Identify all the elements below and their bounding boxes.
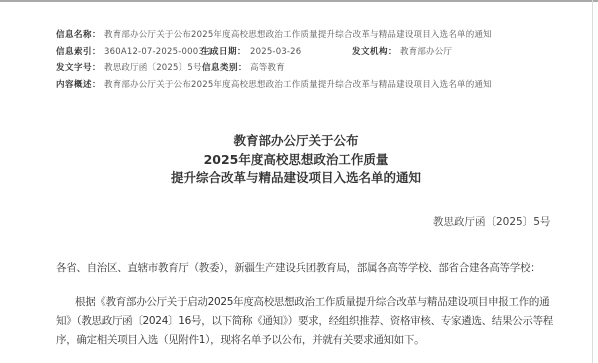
title-line-3: 提升综合改革与精品建设项目入选名单的通知 [0,169,592,188]
index-no-label: 信息索引： [56,46,101,58]
meta-row-index: 信息索引： 360A12-07-2025-0003-1 生成日期： 2025-0… [56,46,556,63]
document-metadata-table: 信息名称： 教育部办公厅关于公布2025年度高校思想政治工作质量提升综合改革与精… [56,29,556,95]
summary-value: 教育部办公厅关于公布2025年度高校思想政治工作质量提升综合改革与精品建设项目入… [104,79,492,91]
category-value: 高等教育 [250,62,285,74]
category-label: 信息类别： [202,62,247,74]
body-line-3: 序，确定相关项目入选（见附件1），现将名单予以公布，并就有关要求通知如下。 [56,331,556,350]
doc-no-value: 教思政厅函〔2025〕5号 [104,62,202,74]
summary-label: 内容概述： [56,79,101,91]
title-line-2: 2025年度高校思想政治工作质量 [0,151,592,170]
created-date-value: 2025-03-26 [250,46,301,58]
meta-row-summary: 内容概述： 教育部办公厅关于公布2025年度高校思想政治工作质量提升综合改革与精… [56,79,556,96]
body-paragraph: 根据《教育部办公厅关于启动2025年度高校思想政治工作质量提升综合改革与精品建设… [56,293,556,350]
document-number: 教思政厅函〔2025〕5号 [433,214,550,229]
info-name-value: 教育部办公厅关于公布2025年度高校思想政治工作质量提升综合改革与精品建设项目入… [104,29,492,41]
doc-no-label: 发文字号： [56,62,101,74]
created-date-label: 生成日期： [201,46,246,58]
body-line-1: 根据《教育部办公厅关于启动2025年度高校思想政治工作质量提升综合改革与精品建设… [56,293,556,312]
document-title: 教育部办公厅关于公布 2025年度高校思想政治工作质量 提升综合改革与精品建设项… [0,132,592,188]
body-line-2: 知》（教思政厅函〔2024〕16号，以下简称《通知》）要求，经组织推荐、资格审核… [56,312,556,331]
meta-row-doc-no: 发文字号： 教思政厅函〔2025〕5号 信息类别： 高等教育 [56,62,556,79]
meta-row-info-name: 信息名称： 教育部办公厅关于公布2025年度高校思想政治工作质量提升综合改革与精… [56,29,556,46]
issuer-label: 发文机构： [352,46,397,58]
issuer-value: 教育部办公厅 [400,46,452,58]
index-no-value: 360A12-07-2025-0003-1 [104,46,213,58]
right-border [592,0,593,363]
info-name-label: 信息名称： [56,29,101,41]
document-page: 信息名称： 教育部办公厅关于公布2025年度高校思想政治工作质量提升综合改革与精… [0,0,592,363]
title-line-1: 教育部办公厅关于公布 [0,132,592,151]
salutation: 各省、自治区、直辖市教育厅（教委），新疆生产建设兵团教育局，部属各高等学校、部省… [56,260,540,275]
